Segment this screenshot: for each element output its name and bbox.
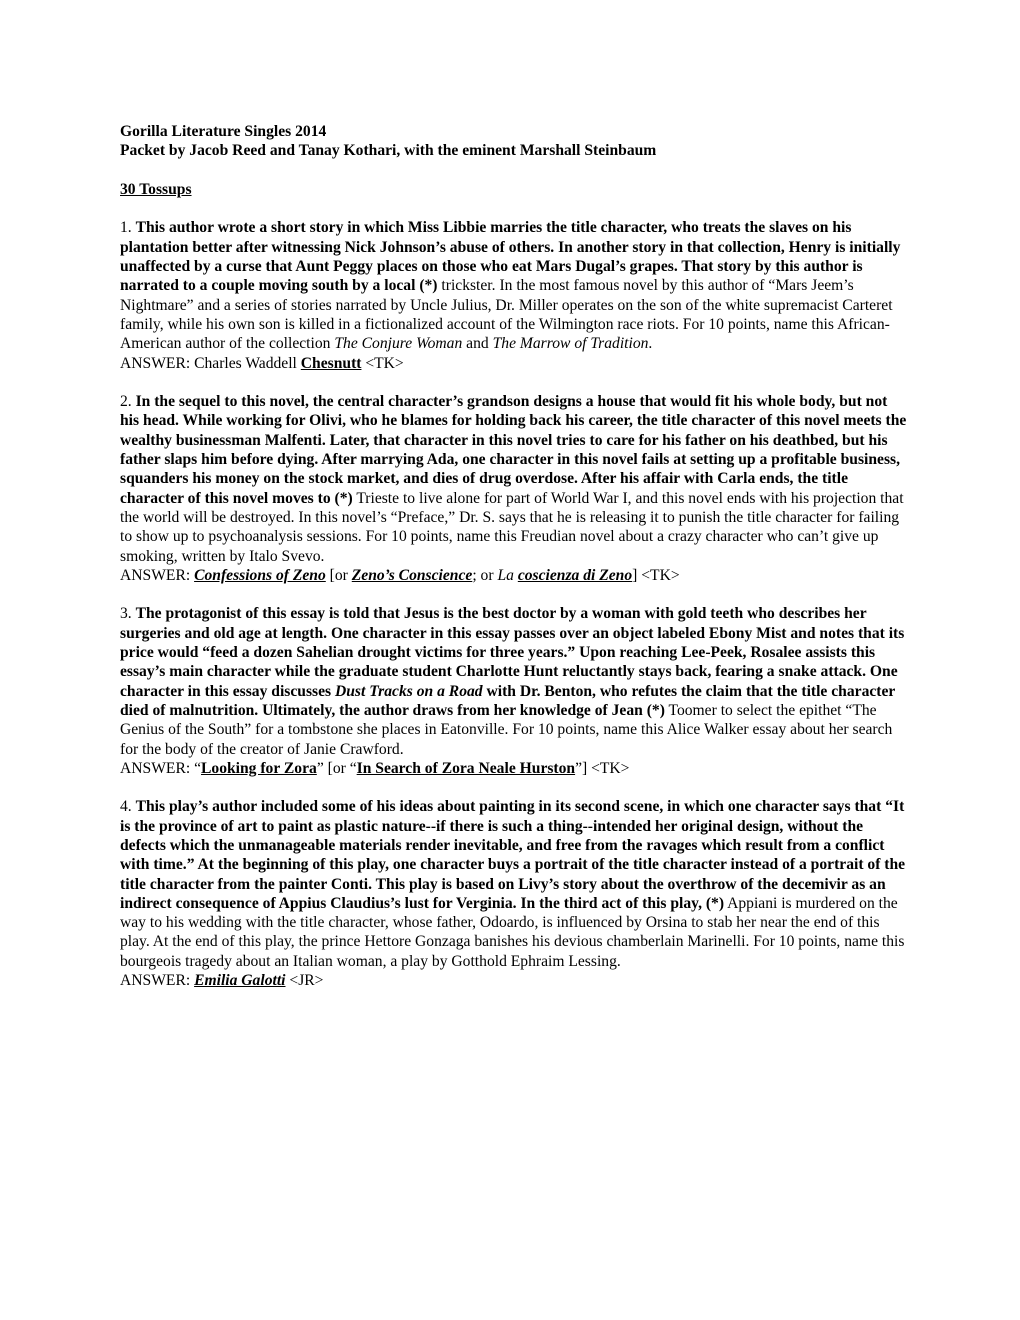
question-text: 4. This play’s author included some of h…: [120, 797, 908, 971]
text-segment: The Conjure Woman: [334, 335, 462, 352]
tossup-1: 1. This author wrote a short story in wh…: [120, 218, 908, 372]
text-segment: ANSWER: “: [120, 760, 201, 777]
text-segment: <JR>: [286, 972, 324, 989]
text-segment: La: [497, 567, 517, 584]
text-segment: Confessions of Zeno: [194, 567, 326, 584]
text-segment: Zeno’s Conscience: [352, 567, 473, 584]
text-segment: Dust Tracks on a Road: [335, 683, 483, 700]
text-segment: ” [or “: [317, 760, 357, 777]
text-segment: and: [462, 335, 492, 352]
text-segment: 3.: [120, 605, 136, 622]
text-segment: <TK>: [361, 355, 403, 372]
tossup-3: 3. The protagonist of this essay is told…: [120, 604, 908, 778]
question-text: 3. The protagonist of this essay is told…: [120, 604, 908, 758]
text-segment: In Search of Zora Neale Hurston: [357, 760, 575, 777]
answer-line: ANSWER: Charles Waddell Chesnutt <TK>: [120, 354, 908, 373]
tossup-4: 4. This play’s author included some of h…: [120, 797, 908, 990]
text-segment: ; or: [472, 567, 497, 584]
document-content: Gorilla Literature Singles 2014 Packet b…: [120, 122, 908, 1010]
text-segment: Emilia Galotti: [194, 972, 285, 989]
question-text: 2. In the sequel to this novel, the cent…: [120, 392, 908, 566]
tossup-2: 2. In the sequel to this novel, the cent…: [120, 392, 908, 585]
packet-byline: Packet by Jacob Reed and Tanay Kothari, …: [120, 141, 908, 160]
section-heading-label: 30 Tossups: [120, 181, 192, 198]
blank-line: [120, 161, 908, 180]
packet-title: Gorilla Literature Singles 2014: [120, 122, 908, 141]
text-segment: [or: [326, 567, 352, 584]
text-segment: ] <TK>: [632, 567, 679, 584]
text-segment: Looking for Zora: [201, 760, 317, 777]
answer-line: ANSWER: Emilia Galotti <JR>: [120, 971, 908, 990]
text-segment: .: [648, 335, 652, 352]
document-page: Gorilla Literature Singles 2014 Packet b…: [0, 0, 1020, 1320]
answer-line: ANSWER: “Looking for Zora” [or “In Searc…: [120, 759, 908, 778]
text-segment: The Marrow of Tradition: [493, 335, 649, 352]
text-segment: ANSWER:: [120, 567, 194, 584]
text-segment: ANSWER:: [120, 972, 194, 989]
answer-line: ANSWER: Confessions of Zeno [or Zeno’s C…: [120, 566, 908, 585]
text-segment: ”] <TK>: [575, 760, 629, 777]
text-segment: 4.: [120, 798, 136, 815]
tossups-list: 1. This author wrote a short story in wh…: [120, 218, 908, 990]
blank-line: [120, 199, 908, 218]
text-segment: ANSWER: Charles Waddell: [120, 355, 301, 372]
text-segment: Chesnutt: [301, 355, 362, 372]
text-segment: 1.: [120, 219, 136, 236]
text-segment: 2.: [120, 393, 136, 410]
question-text: 1. This author wrote a short story in wh…: [120, 218, 908, 353]
text-segment: coscienza di Zeno: [518, 567, 632, 584]
section-heading: 30 Tossups: [120, 180, 908, 199]
